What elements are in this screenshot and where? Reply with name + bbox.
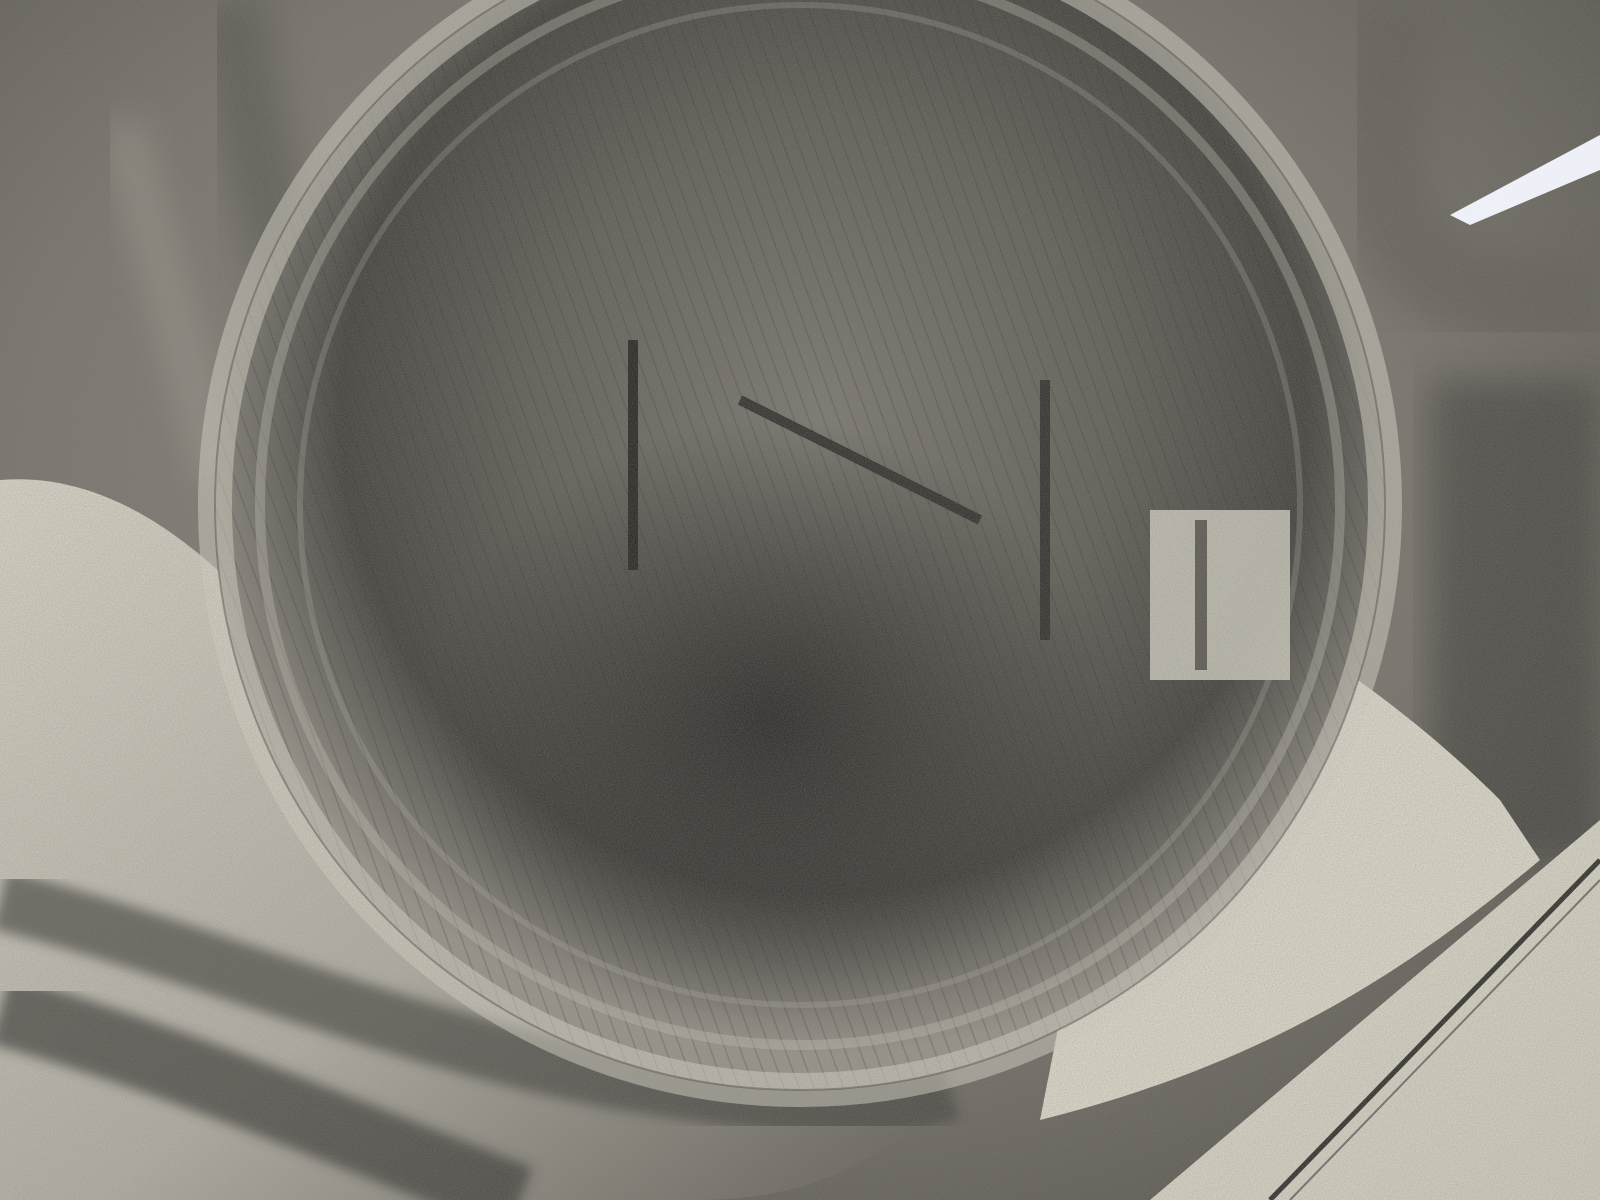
drawing-artwork [0, 0, 1600, 1200]
